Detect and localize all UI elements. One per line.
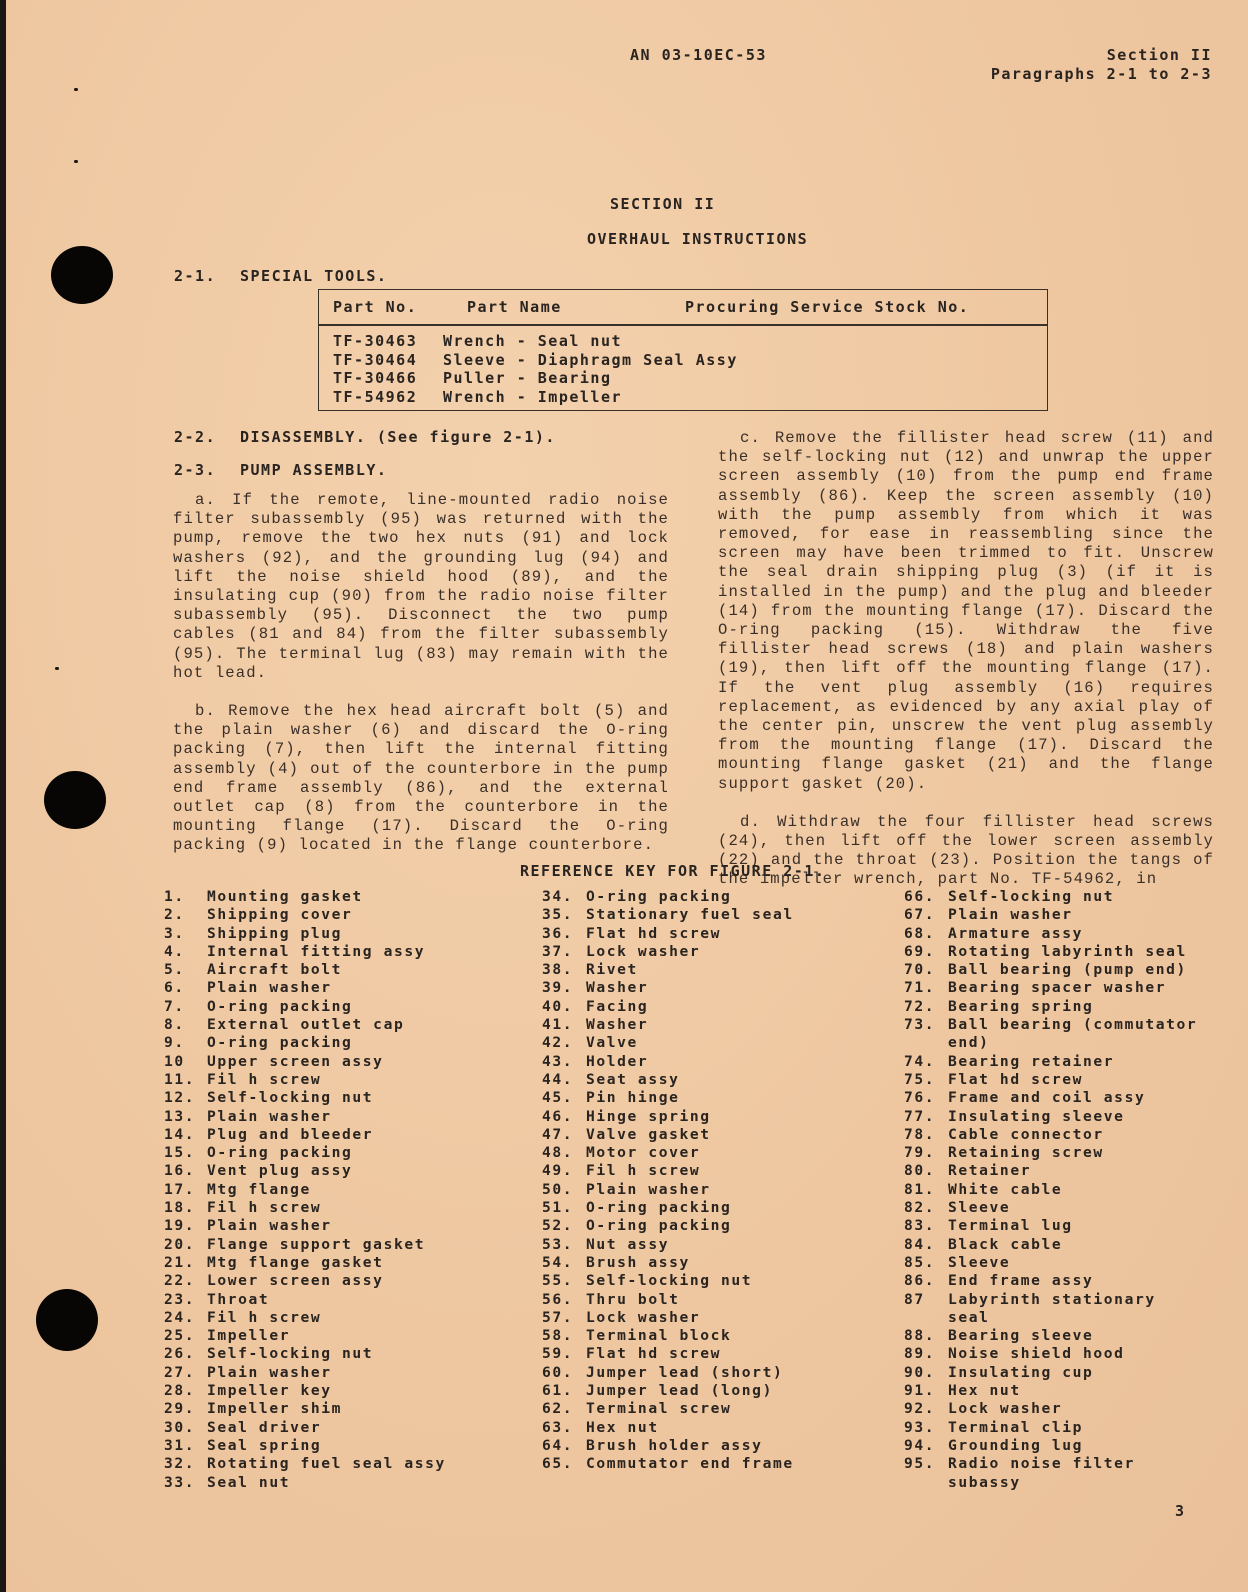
reference-item: 53.Nut assy — [542, 1236, 794, 1254]
reference-part-name: Seal nut — [207, 1474, 290, 1492]
reference-item: 42.Valve — [542, 1034, 794, 1052]
reference-part-name: Cable connector — [948, 1126, 1104, 1144]
reference-part-name: Labyrinth stationary seal — [948, 1291, 1200, 1328]
reference-number: 85. — [904, 1254, 948, 1272]
reference-number: 45. — [542, 1089, 586, 1107]
reference-part-name: Thru bolt — [586, 1291, 679, 1309]
reference-number: 65. — [542, 1455, 586, 1473]
reference-part-name: Pin hinge — [586, 1089, 679, 1107]
reference-part-name: Stationary fuel seal — [586, 906, 794, 924]
reference-item: 74.Bearing retainer — [904, 1053, 1200, 1071]
part-name: Sleeve - Diaphragm Seal Assy — [443, 351, 738, 370]
reference-part-name: Mounting gasket — [207, 888, 363, 906]
reference-item: 17.Mtg flange — [164, 1181, 446, 1199]
reference-item: 13.Plain washer — [164, 1108, 446, 1126]
reference-part-name: Black cable — [948, 1236, 1062, 1254]
reference-part-name: Insulating cup — [948, 1364, 1093, 1382]
reference-number: 34. — [542, 888, 586, 906]
reference-item: 47.Valve gasket — [542, 1126, 794, 1144]
reference-number: 94. — [904, 1437, 948, 1455]
reference-item: 89.Noise shield hood — [904, 1345, 1200, 1363]
reference-number: 56. — [542, 1291, 586, 1309]
reference-part-name: Hinge spring — [586, 1108, 711, 1126]
reference-item: 93.Terminal clip — [904, 1419, 1200, 1437]
table-header: Part No. Part Name Procuring Service Sto… — [319, 290, 1047, 326]
table-row: TF-30464Sleeve - Diaphragm Seal Assy — [333, 351, 1047, 370]
reference-part-name: Plug and bleeder — [207, 1126, 373, 1144]
reference-part-name: Sleeve — [948, 1199, 1010, 1217]
reference-part-name: Self-locking nut — [948, 888, 1114, 906]
reference-part-name: Plain washer — [207, 1364, 332, 1382]
reference-number: 15. — [164, 1144, 207, 1162]
reference-part-name: Plain washer — [948, 906, 1073, 924]
reference-item: 31.Seal spring — [164, 1437, 446, 1455]
reference-number: 88. — [904, 1327, 948, 1345]
reference-number: 25. — [164, 1327, 207, 1345]
reference-number: 51. — [542, 1199, 586, 1217]
reference-number: 80. — [904, 1162, 948, 1180]
reference-part-name: Armature assy — [948, 925, 1083, 943]
reference-item: 7.O-ring packing — [164, 998, 446, 1016]
reference-item: 45.Pin hinge — [542, 1089, 794, 1107]
reference-part-name: Impeller shim — [207, 1400, 342, 1418]
reference-number: 12. — [164, 1089, 207, 1107]
part-name: Wrench - Seal nut — [443, 332, 622, 351]
binder-hole — [36, 1289, 98, 1351]
reference-number: 4. — [164, 943, 207, 961]
reference-item: 67.Plain washer — [904, 906, 1200, 924]
reference-number: 54. — [542, 1254, 586, 1272]
reference-part-name: Shipping cover — [207, 906, 352, 924]
reference-part-name: Fil h screw — [207, 1071, 321, 1089]
speck — [74, 88, 78, 91]
reference-part-name: Jumper lead (long) — [586, 1382, 773, 1400]
reference-part-name: Plain washer — [586, 1181, 711, 1199]
reference-number: 60. — [542, 1364, 586, 1382]
reference-number: 71. — [904, 979, 948, 997]
reference-number: 27. — [164, 1364, 207, 1382]
reference-part-name: Self-locking nut — [207, 1089, 373, 1107]
reference-number: 46. — [542, 1108, 586, 1126]
reference-item: 95.Radio noise filter subassy — [904, 1455, 1200, 1492]
reference-item: 28.Impeller key — [164, 1382, 446, 1400]
reference-number: 55. — [542, 1272, 586, 1290]
reference-part-name: Ball bearing (commutator end) — [948, 1016, 1200, 1053]
reference-item: 12.Self-locking nut — [164, 1089, 446, 1107]
reference-item: 18.Fil h screw — [164, 1199, 446, 1217]
reference-part-name: Frame and coil assy — [948, 1089, 1145, 1107]
reference-number: 38. — [542, 961, 586, 979]
reference-item: 24.Fil h screw — [164, 1309, 446, 1327]
reference-key-column-1: 1.Mounting gasket2.Shipping cover3.Shipp… — [164, 888, 446, 1492]
reference-part-name: Fil h screw — [207, 1309, 321, 1327]
reference-item: 92.Lock washer — [904, 1400, 1200, 1418]
reference-item: 11.Fil h screw — [164, 1071, 446, 1089]
reference-number: 57. — [542, 1309, 586, 1327]
reference-item: 37.Lock washer — [542, 943, 794, 961]
reference-part-name: Valve — [586, 1034, 638, 1052]
reference-number: 77. — [904, 1108, 948, 1126]
reference-key-column-3: 66.Self-locking nut67.Plain washer68.Arm… — [904, 888, 1200, 1492]
reference-part-name: Seat assy — [586, 1071, 679, 1089]
reference-part-name: Hex nut — [586, 1419, 659, 1437]
reference-number: 49. — [542, 1162, 586, 1180]
reference-part-name: Brush holder assy — [586, 1437, 763, 1455]
reference-part-name: Mtg flange gasket — [207, 1254, 384, 1272]
document-number: AN 03-10EC-53 — [630, 46, 767, 64]
reference-item: 33.Seal nut — [164, 1474, 446, 1492]
speck — [74, 160, 78, 163]
reference-number: 35. — [542, 906, 586, 924]
heading-pump-assembly: 2-3.PUMP ASSEMBLY. — [174, 461, 387, 479]
reference-item: 36.Flat hd screw — [542, 925, 794, 943]
reference-number: 48. — [542, 1144, 586, 1162]
reference-item: 15.O-ring packing — [164, 1144, 446, 1162]
reference-item: 30.Seal driver — [164, 1419, 446, 1437]
reference-part-name: Mtg flange — [207, 1181, 311, 1199]
heading-disassembly: 2-2.DISASSEMBLY. (See figure 2-1). — [174, 428, 556, 446]
binder-hole — [44, 771, 106, 829]
reference-part-name: Jumper lead (short) — [586, 1364, 783, 1382]
reference-item: 78.Cable connector — [904, 1126, 1200, 1144]
reference-part-name: Flat hd screw — [948, 1071, 1083, 1089]
reference-number: 52. — [542, 1217, 586, 1235]
reference-item: 83.Terminal lug — [904, 1217, 1200, 1235]
reference-part-name: Self-locking nut — [586, 1272, 752, 1290]
reference-part-name: O-ring packing — [207, 998, 352, 1016]
reference-number: 74. — [904, 1053, 948, 1071]
text-column-right: c. Remove the fillister head screw (11) … — [718, 429, 1214, 909]
reference-part-name: Terminal block — [586, 1327, 731, 1345]
reference-part-name: Lock washer — [586, 943, 700, 961]
reference-part-name: Grounding lug — [948, 1437, 1083, 1455]
reference-number: 70. — [904, 961, 948, 979]
reference-item: 19.Plain washer — [164, 1217, 446, 1235]
part-number: TF-30463 — [333, 332, 443, 351]
reference-number: 10 — [164, 1053, 207, 1071]
reference-number: 61. — [542, 1382, 586, 1400]
reference-part-name: Throat — [207, 1291, 269, 1309]
reference-part-name: Shipping plug — [207, 925, 342, 943]
reference-part-name: Bearing spacer washer — [948, 979, 1166, 997]
reference-item: 14.Plug and bleeder — [164, 1126, 446, 1144]
reference-item: 35.Stationary fuel seal — [542, 906, 794, 924]
reference-item: 73.Ball bearing (commutator end) — [904, 1016, 1200, 1053]
step-b: b. Remove the hex head aircraft bolt (5)… — [173, 702, 669, 856]
reference-number: 7. — [164, 998, 207, 1016]
reference-number: 91. — [904, 1382, 948, 1400]
reference-number: 84. — [904, 1236, 948, 1254]
reference-item: 80.Retainer — [904, 1162, 1200, 1180]
reference-number: 11. — [164, 1071, 207, 1089]
reference-item: 70.Ball bearing (pump end) — [904, 961, 1200, 979]
reference-number: 53. — [542, 1236, 586, 1254]
reference-number: 78. — [904, 1126, 948, 1144]
reference-part-name: Commutator end frame — [586, 1455, 794, 1473]
reference-item: 27.Plain washer — [164, 1364, 446, 1382]
speck — [55, 667, 59, 670]
reference-number: 44. — [542, 1071, 586, 1089]
reference-part-name: Terminal screw — [586, 1400, 731, 1418]
reference-part-name: Aircraft bolt — [207, 961, 342, 979]
reference-item: 23.Throat — [164, 1291, 446, 1309]
reference-part-name: Radio noise filter subassy — [948, 1455, 1200, 1492]
reference-number: 1. — [164, 888, 207, 906]
reference-number: 37. — [542, 943, 586, 961]
reference-part-name: O-ring packing — [586, 1217, 731, 1235]
reference-part-name: Noise shield hood — [948, 1345, 1125, 1363]
reference-number: 36. — [542, 925, 586, 943]
reference-number: 69. — [904, 943, 948, 961]
part-number: TF-30466 — [333, 369, 443, 388]
reference-number: 16. — [164, 1162, 207, 1180]
reference-number: 68. — [904, 925, 948, 943]
reference-part-name: Rotating labyrinth seal — [948, 943, 1187, 961]
reference-number: 79. — [904, 1144, 948, 1162]
reference-number: 73. — [904, 1016, 948, 1053]
reference-item: 34.O-ring packing — [542, 888, 794, 906]
reference-number: 64. — [542, 1437, 586, 1455]
reference-part-name: O-ring packing — [207, 1034, 352, 1052]
reference-item: 43.Holder — [542, 1053, 794, 1071]
reference-item: 41.Washer — [542, 1016, 794, 1034]
reference-item: 66.Self-locking nut — [904, 888, 1200, 906]
reference-part-name: Lock washer — [586, 1309, 700, 1327]
reference-number: 30. — [164, 1419, 207, 1437]
reference-item: 32.Rotating fuel seal assy — [164, 1455, 446, 1473]
reference-part-name: Ball bearing (pump end) — [948, 961, 1187, 979]
section-label: Section II — [991, 46, 1212, 65]
reference-item: 61.Jumper lead (long) — [542, 1382, 794, 1400]
step-a: a. If the remote, line-mounted radio noi… — [173, 491, 669, 683]
reference-number: 17. — [164, 1181, 207, 1199]
reference-number: 59. — [542, 1345, 586, 1363]
reference-number: 62. — [542, 1400, 586, 1418]
reference-part-name: Retaining screw — [948, 1144, 1104, 1162]
reference-part-name: Self-locking nut — [207, 1345, 373, 1363]
reference-item: 87Labyrinth stationary seal — [904, 1291, 1200, 1328]
reference-item: 26.Self-locking nut — [164, 1345, 446, 1363]
reference-item: 88.Bearing sleeve — [904, 1327, 1200, 1345]
reference-item: 91.Hex nut — [904, 1382, 1200, 1400]
reference-item: 85.Sleeve — [904, 1254, 1200, 1272]
reference-number: 87 — [904, 1291, 948, 1328]
reference-item: 84.Black cable — [904, 1236, 1200, 1254]
reference-item: 81.White cable — [904, 1181, 1200, 1199]
part-number: TF-30464 — [333, 351, 443, 370]
reference-number: 29. — [164, 1400, 207, 1418]
reference-number: 31. — [164, 1437, 207, 1455]
reference-part-name: Rotating fuel seal assy — [207, 1455, 446, 1473]
reference-part-name: End frame assy — [948, 1272, 1093, 1290]
text-column-left: a. If the remote, line-mounted radio noi… — [173, 491, 669, 875]
reference-number: 24. — [164, 1309, 207, 1327]
reference-item: 5.Aircraft bolt — [164, 961, 446, 979]
reference-part-name: Sleeve — [948, 1254, 1010, 1272]
reference-item: 55.Self-locking nut — [542, 1272, 794, 1290]
reference-number: 50. — [542, 1181, 586, 1199]
reference-item: 86.End frame assy — [904, 1272, 1200, 1290]
reference-number: 92. — [904, 1400, 948, 1418]
reference-part-name: Flat hd screw — [586, 1345, 721, 1363]
reference-part-name: Seal spring — [207, 1437, 321, 1455]
reference-part-name: Impeller — [207, 1327, 290, 1345]
binder-hole — [51, 246, 113, 304]
reference-key-column-2: 34.O-ring packing35.Stationary fuel seal… — [542, 888, 794, 1474]
step-c: c. Remove the fillister head screw (11) … — [718, 429, 1214, 794]
reference-item: 59.Flat hd screw — [542, 1345, 794, 1363]
reference-part-name: Fil h screw — [207, 1199, 321, 1217]
reference-item: 1.Mounting gasket — [164, 888, 446, 906]
reference-item: 50.Plain washer — [542, 1181, 794, 1199]
reference-key-title: REFERENCE KEY FOR FIGURE 2-1. — [520, 862, 825, 880]
reference-number: 72. — [904, 998, 948, 1016]
reference-item: 46.Hinge spring — [542, 1108, 794, 1126]
reference-number: 40. — [542, 998, 586, 1016]
reference-part-name: Upper screen assy — [207, 1053, 384, 1071]
reference-part-name: Vent plug assy — [207, 1162, 352, 1180]
reference-number: 33. — [164, 1474, 207, 1492]
reference-item: 49.Fil h screw — [542, 1162, 794, 1180]
part-number: TF-54962 — [333, 388, 443, 407]
reference-item: 6.Plain washer — [164, 979, 446, 997]
reference-number: 83. — [904, 1217, 948, 1235]
reference-item: 56.Thru bolt — [542, 1291, 794, 1309]
reference-number: 39. — [542, 979, 586, 997]
reference-part-name: Bearing retainer — [948, 1053, 1114, 1071]
reference-part-name: Impeller key — [207, 1382, 332, 1400]
table-row: TF-30463Wrench - Seal nut — [333, 332, 1047, 351]
reference-part-name: Lock washer — [948, 1400, 1062, 1418]
reference-part-name: Fil h screw — [586, 1162, 700, 1180]
reference-part-name: Valve gasket — [586, 1126, 711, 1144]
reference-number: 8. — [164, 1016, 207, 1034]
reference-item: 72.Bearing spring — [904, 998, 1200, 1016]
reference-item: 2.Shipping cover — [164, 906, 446, 924]
page-header-right: Section II Paragraphs 2-1 to 2-3 — [991, 46, 1212, 84]
heading-special-tools: 2-1.SPECIAL TOOLS. — [174, 267, 387, 285]
reference-item: 54.Brush assy — [542, 1254, 794, 1272]
page-number: 3 — [1175, 1502, 1186, 1520]
reference-number: 41. — [542, 1016, 586, 1034]
reference-number: 42. — [542, 1034, 586, 1052]
reference-part-name: Holder — [586, 1053, 648, 1071]
reference-item: 16.Vent plug assy — [164, 1162, 446, 1180]
reference-item: 79.Retaining screw — [904, 1144, 1200, 1162]
reference-part-name: White cable — [948, 1181, 1062, 1199]
reference-item: 9.O-ring packing — [164, 1034, 446, 1052]
reference-item: 65.Commutator end frame — [542, 1455, 794, 1473]
reference-item: 4.Internal fitting assy — [164, 943, 446, 961]
reference-number: 2. — [164, 906, 207, 924]
reference-item: 10Upper screen assy — [164, 1053, 446, 1071]
reference-item: 60.Jumper lead (short) — [542, 1364, 794, 1382]
reference-number: 82. — [904, 1199, 948, 1217]
reference-part-name: Plain washer — [207, 979, 332, 997]
reference-item: 38.Rivet — [542, 961, 794, 979]
reference-item: 94.Grounding lug — [904, 1437, 1200, 1455]
reference-part-name: Nut assy — [586, 1236, 669, 1254]
reference-number: 21. — [164, 1254, 207, 1272]
reference-number: 28. — [164, 1382, 207, 1400]
reference-item: 68.Armature assy — [904, 925, 1200, 943]
reference-item: 77.Insulating sleeve — [904, 1108, 1200, 1126]
reference-part-name: External outlet cap — [207, 1016, 404, 1034]
reference-item: 90.Insulating cup — [904, 1364, 1200, 1382]
reference-item: 69.Rotating labyrinth seal — [904, 943, 1200, 961]
section-subtitle: OVERHAUL INSTRUCTIONS — [0, 230, 1248, 248]
reference-item: 57.Lock washer — [542, 1309, 794, 1327]
reference-item: 51.O-ring packing — [542, 1199, 794, 1217]
reference-number: 95. — [904, 1455, 948, 1492]
reference-part-name: Internal fitting assy — [207, 943, 425, 961]
reference-item: 8.External outlet cap — [164, 1016, 446, 1034]
reference-number: 32. — [164, 1455, 207, 1473]
part-name: Puller - Bearing — [443, 369, 612, 388]
reference-item: 58.Terminal block — [542, 1327, 794, 1345]
reference-number: 6. — [164, 979, 207, 997]
reference-part-name: Hex nut — [948, 1382, 1021, 1400]
reference-number: 47. — [542, 1126, 586, 1144]
section-title: SECTION II — [0, 195, 1248, 213]
reference-item: 3.Shipping plug — [164, 925, 446, 943]
reference-number: 76. — [904, 1089, 948, 1107]
reference-item: 62.Terminal screw — [542, 1400, 794, 1418]
reference-number: 63. — [542, 1419, 586, 1437]
reference-part-name: Bearing spring — [948, 998, 1093, 1016]
reference-number: 81. — [904, 1181, 948, 1199]
reference-number: 3. — [164, 925, 207, 943]
reference-item: 20.Flange support gasket — [164, 1236, 446, 1254]
reference-number: 20. — [164, 1236, 207, 1254]
reference-item: 25.Impeller — [164, 1327, 446, 1345]
reference-number: 13. — [164, 1108, 207, 1126]
reference-number: 18. — [164, 1199, 207, 1217]
reference-part-name: Rivet — [586, 961, 638, 979]
reference-item: 22.Lower screen assy — [164, 1272, 446, 1290]
reference-part-name: Seal driver — [207, 1419, 321, 1437]
table-row: TF-30466Puller - Bearing — [333, 369, 1047, 388]
reference-part-name: Washer — [586, 979, 648, 997]
reference-part-name: Facing — [586, 998, 648, 1016]
reference-part-name: O-ring packing — [207, 1144, 352, 1162]
reference-item: 75.Flat hd screw — [904, 1071, 1200, 1089]
table-row: TF-54962Wrench - Impeller — [333, 388, 1047, 407]
reference-part-name: Flat hd screw — [586, 925, 721, 943]
reference-number: 93. — [904, 1419, 948, 1437]
reference-part-name: Plain washer — [207, 1217, 332, 1235]
reference-item: 29.Impeller shim — [164, 1400, 446, 1418]
reference-number: 90. — [904, 1364, 948, 1382]
reference-part-name: Plain washer — [207, 1108, 332, 1126]
reference-number: 66. — [904, 888, 948, 906]
reference-item: 76.Frame and coil assy — [904, 1089, 1200, 1107]
reference-number: 23. — [164, 1291, 207, 1309]
reference-item: 48.Motor cover — [542, 1144, 794, 1162]
reference-number: 9. — [164, 1034, 207, 1052]
reference-number: 58. — [542, 1327, 586, 1345]
reference-part-name: Lower screen assy — [207, 1272, 384, 1290]
reference-item: 44.Seat assy — [542, 1071, 794, 1089]
reference-part-name: O-ring packing — [586, 1199, 731, 1217]
reference-item: 39.Washer — [542, 979, 794, 997]
reference-number: 26. — [164, 1345, 207, 1363]
reference-part-name: Flange support gasket — [207, 1236, 425, 1254]
reference-item: 82.Sleeve — [904, 1199, 1200, 1217]
reference-part-name: O-ring packing — [586, 888, 731, 906]
reference-part-name: Retainer — [948, 1162, 1031, 1180]
reference-item: 52.O-ring packing — [542, 1217, 794, 1235]
